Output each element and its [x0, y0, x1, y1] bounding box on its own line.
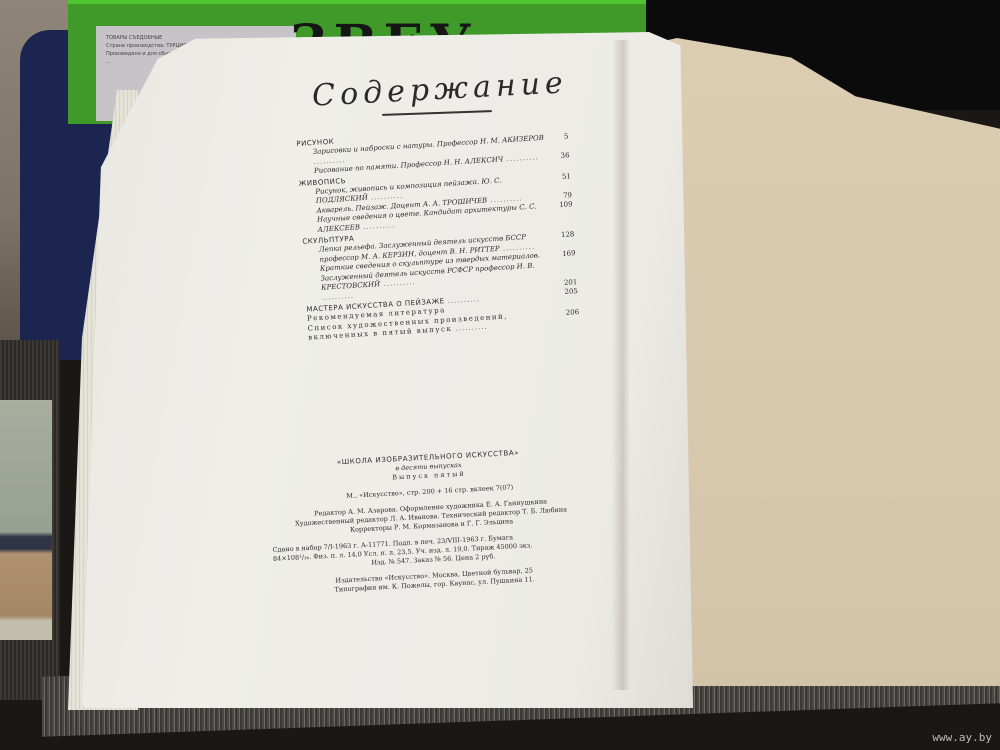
toc-entry-page: 109 — [550, 200, 573, 220]
background-picture-card — [0, 400, 52, 640]
toc-entry-page: 51 — [549, 172, 572, 192]
toc-entry-page: 36 — [547, 152, 570, 163]
toc-entry-page: 169 — [553, 249, 577, 279]
toc-entry-page: 128 — [552, 231, 575, 251]
colophon: «ШКОЛА ИЗОБРАЗИТЕЛЬНОГО ИСКУССТВА» в дес… — [268, 445, 595, 598]
watermark: www.ay.by — [932, 731, 992, 744]
toc-entry-page: 206 — [557, 308, 580, 328]
toc-entry-page: 5 — [546, 133, 569, 153]
table-of-contents: РИСУНОК Зарисовки и наброски с натуры. П… — [296, 121, 580, 343]
book-gutter — [612, 40, 630, 690]
